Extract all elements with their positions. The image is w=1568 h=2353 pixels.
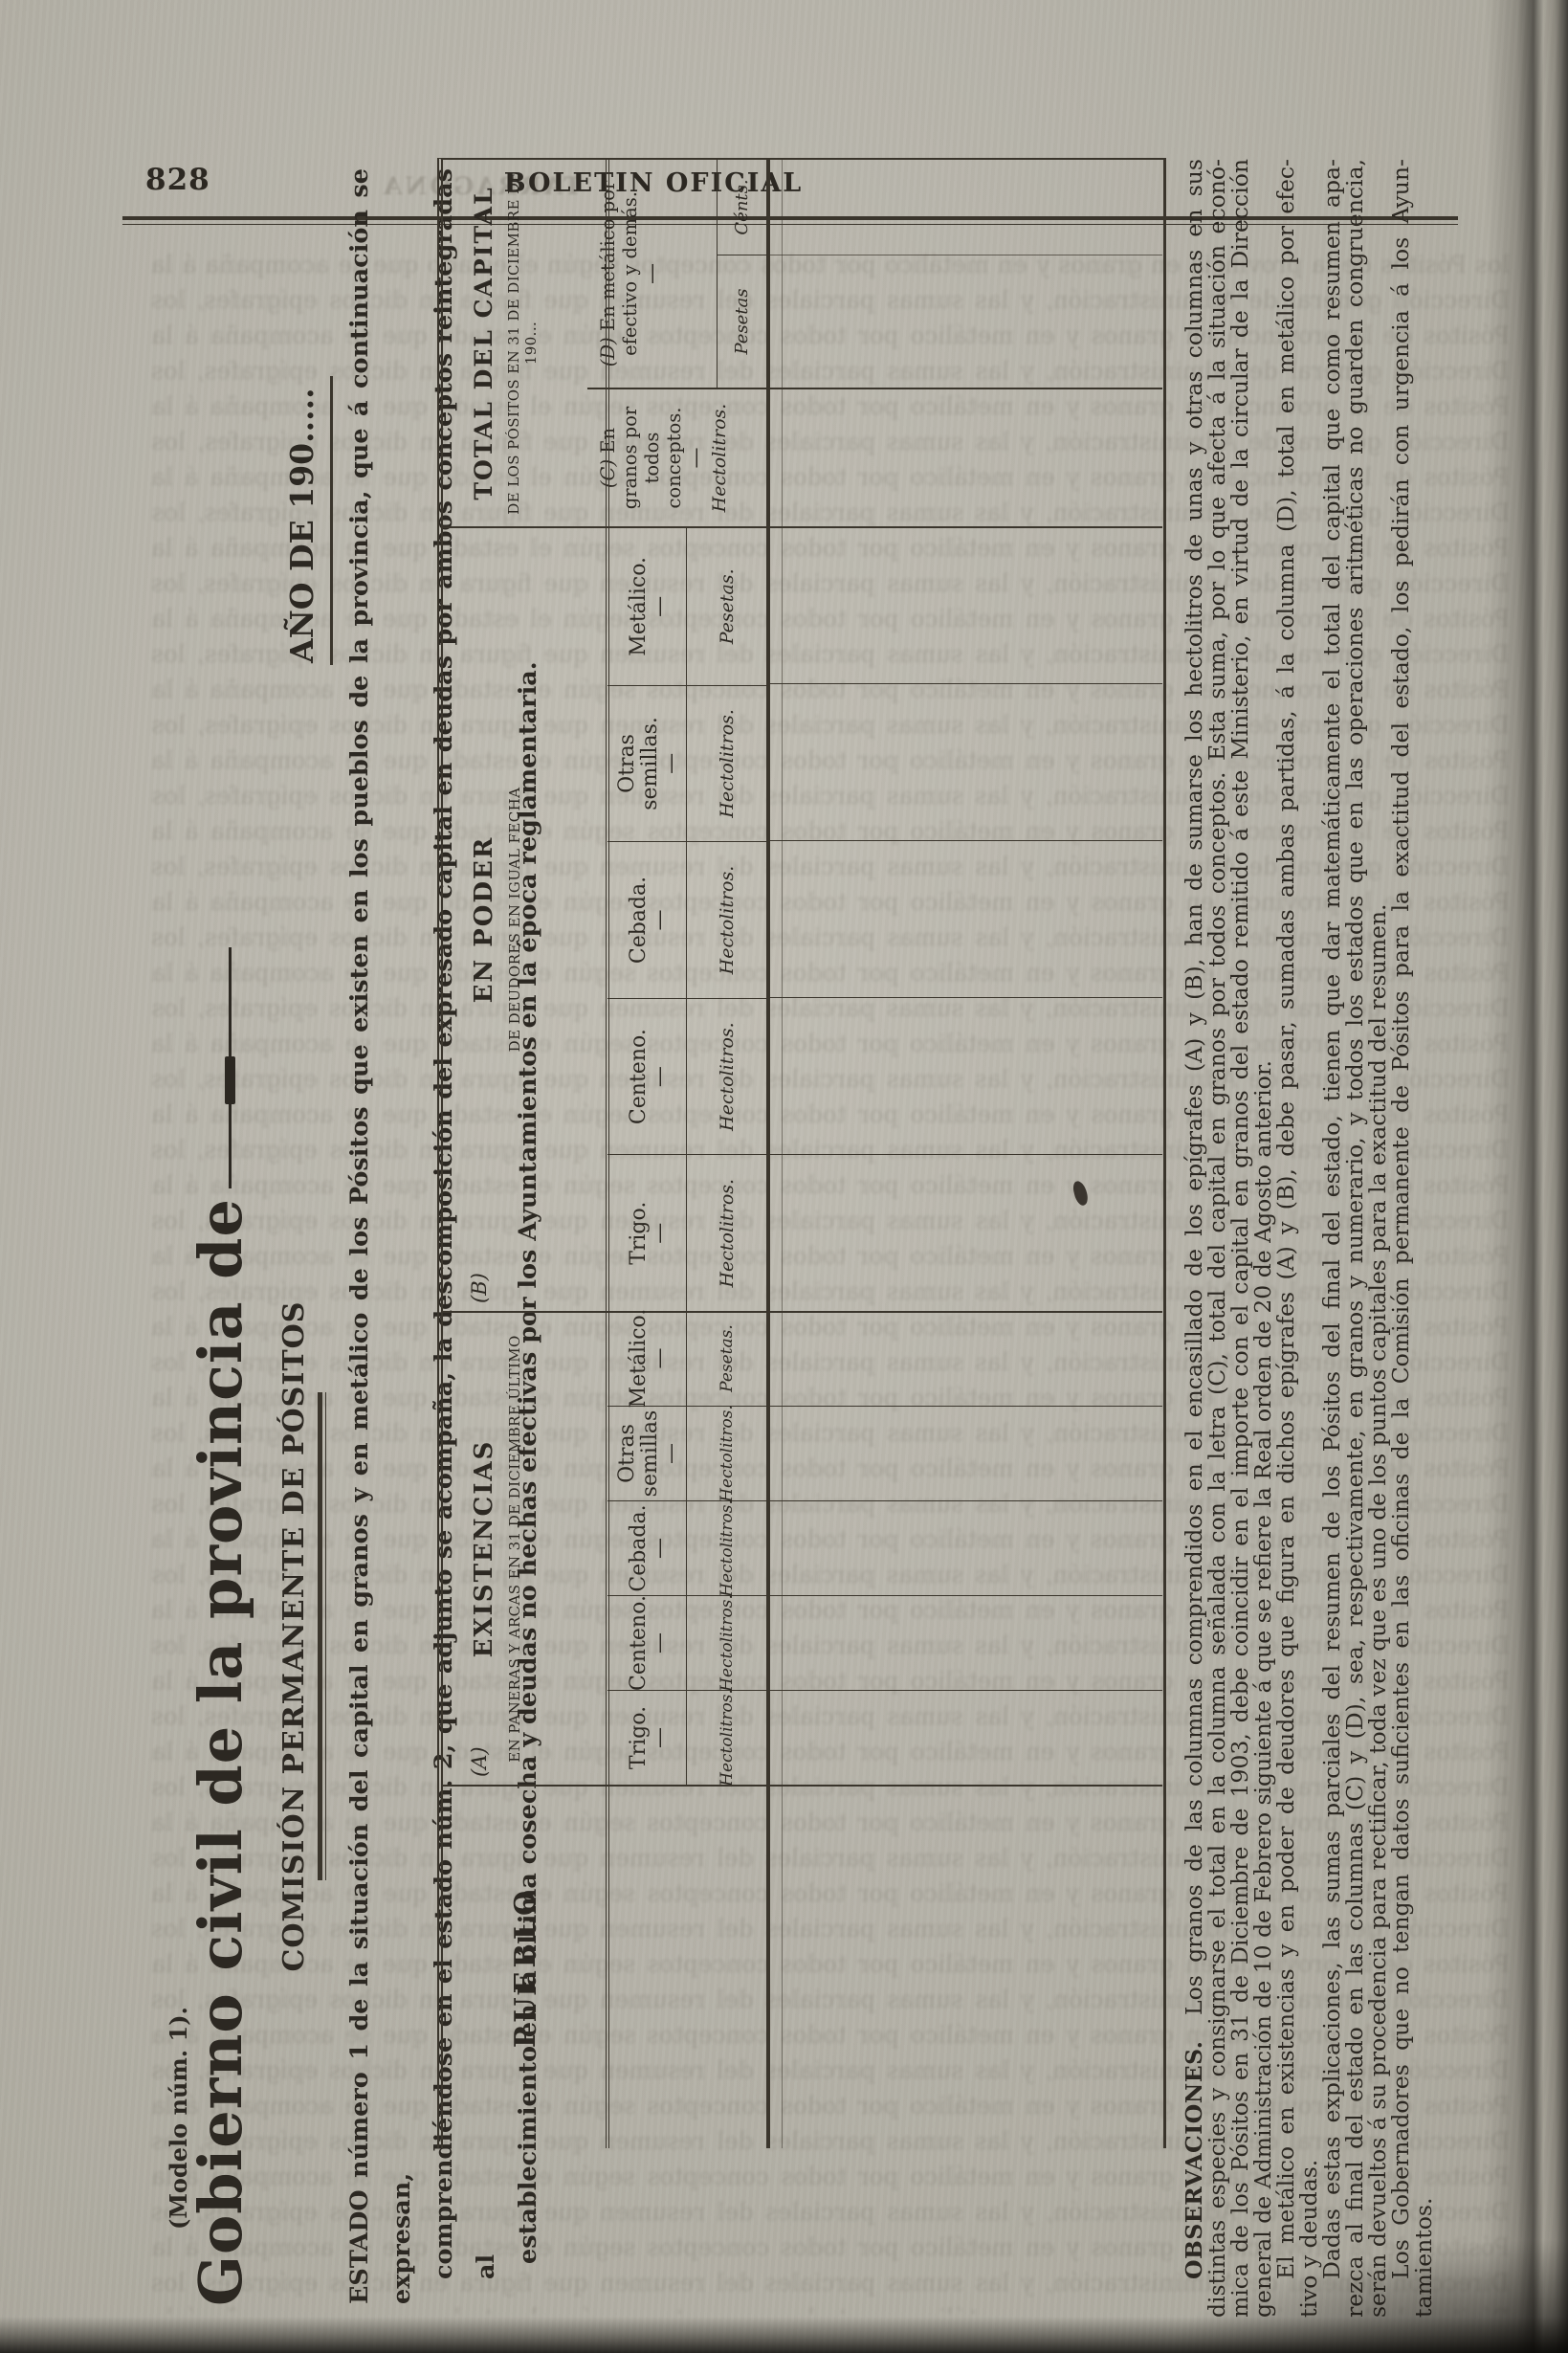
observations-line: general de Administración de 10 de Febre… — [1251, 159, 1274, 2318]
observations-line: distintas especies y consignarse el tota… — [1205, 159, 1228, 2318]
page-corner-shadow — [1166, 2238, 1568, 2353]
observations-block: OBSERVACIONES. Los granos de las columna… — [1182, 159, 1435, 2318]
table-body-cell — [770, 1690, 1162, 1785]
column-unit: Hectolitros. — [686, 686, 766, 842]
observations-line: tivo y deudas. — [1297, 159, 1320, 2318]
column-c-text: En granos por todos conceptos. — [597, 407, 685, 509]
column-d-label: (D) En metálico por efectivo y demás.— — [587, 160, 717, 388]
section-a-subtitle: EN PANERAS Y ARCAS EN 31 DE DICIEMBRE ÚL… — [506, 1313, 523, 1785]
column-metalico-b: Metálico.— Pesetas. — [607, 528, 766, 685]
dash: — — [654, 1632, 666, 1654]
page-fold-shadow — [1486, 0, 1568, 2353]
table-body-cell — [770, 526, 1162, 683]
observations-line: mica de los Pósitos en 31 de Diciembre d… — [1228, 159, 1251, 2318]
dash: — — [640, 263, 664, 284]
section-b-tag: (B) — [468, 1273, 491, 1303]
column-pueblo: PUEBLO — [443, 1785, 766, 2148]
column-c-label: (C) En granos por todos conceptos.— — [587, 389, 709, 526]
section-total-subtitle: DE LOS PÓSITOS EN 31 DE DICIEMBRE DE 190… — [505, 160, 540, 526]
column-d-text: En metálico por efectivo y demás. — [597, 181, 641, 356]
column-trigo-b: Trigo.— Hectolitros. — [607, 1154, 766, 1311]
table-body-cell — [770, 1595, 1162, 1690]
column-centeno-b: Centeno.— Hectolitros. — [607, 998, 766, 1155]
observations-line: rezca al final del estado en las columna… — [1343, 159, 1366, 2318]
subtitle-double-rule — [318, 1392, 326, 1880]
column-unit: Hectolitros. — [686, 842, 766, 998]
dash: — — [666, 1443, 677, 1464]
pesetas-cents-divider — [718, 255, 766, 255]
dash: — — [654, 596, 666, 617]
section-total-head: TOTAL DEL CAPITAL DE LOS PÓSITOS EN 31 D… — [443, 160, 587, 526]
section-total-columns: (C) En granos por todos conceptos.— Hect… — [587, 160, 766, 526]
table-body-cell — [770, 160, 1162, 388]
dash: — — [654, 1348, 666, 1369]
section-a-columns: Trigo.— Hectolitros. Centeno.— Hectolitr… — [607, 1313, 766, 1785]
section-b-subtitle: DE DEUDORES EN IGUAL FECHA — [506, 528, 523, 1311]
column-otras-semillas-a: Otras semillas— Hectolitros. — [607, 1406, 766, 1500]
table-body-cell — [770, 1311, 1162, 1406]
section-b-en-poder: (B) EN PODER DE DEUDORES EN IGUAL FECHA … — [443, 526, 766, 1311]
section-a-existencias: (A) EXISTENCIAS EN PANERAS Y ARCAS EN 31… — [443, 1311, 766, 1785]
section-b-head: (B) EN PODER DE DEUDORES EN IGUAL FECHA — [443, 528, 607, 1311]
intro-line: ESTADO número 1 de la situación del capi… — [339, 168, 423, 2304]
pueblo-header: PUEBLO — [443, 1787, 607, 2148]
column-c-granos: (C) En granos por todos conceptos.— Hect… — [587, 388, 766, 526]
column-unit: Hectolitros. — [686, 1407, 766, 1500]
table-header: PUEBLO (A) EXISTENCIAS EN PANERAS Y ARCA… — [443, 160, 770, 2148]
column-cebada-a: Cebada.— Hectolitros. — [607, 1500, 766, 1595]
column-name: Otras semillas — [616, 1409, 662, 1498]
form-title-text: Gobierno civil de la provincia de — [186, 1198, 255, 2306]
positos-table: PUEBLO (A) EXISTENCIAS EN PANERAS Y ARCA… — [437, 158, 1166, 2148]
dash: — — [654, 1223, 666, 1244]
table-body-empty — [770, 160, 1162, 2148]
section-b-title: EN PODER — [470, 528, 498, 1311]
column-unit: Pesetas. — [686, 1311, 766, 1406]
unit-cents: Cénts. — [718, 160, 766, 255]
column-cebada-b: Cebada.— Hectolitros. — [607, 841, 766, 998]
form-title: Gobierno civil de la provincia de — [186, 966, 255, 2306]
table-body-cell — [770, 997, 1162, 1154]
scanned-page: los Pósitos de la provincia en granos y … — [0, 0, 1568, 2353]
observations-line: Los Gobernadores que no tengan datos suf… — [1389, 159, 1412, 2318]
column-otras-semillas-b: Otras semillas.— Hectolitros. — [607, 685, 766, 842]
column-centeno-a: Centeno.— Hectolitros. — [607, 1595, 766, 1690]
section-a-title: EXISTENCIAS — [470, 1313, 498, 1785]
column-metalico-a: Metálico.— Pesetas. — [607, 1311, 766, 1406]
dash: — — [684, 448, 708, 469]
column-unit: Hectolitros. — [686, 999, 766, 1155]
column-c-tag: (C) — [597, 459, 619, 488]
rotated-form: (Modelo núm. 1). Gobierno civil de la pr… — [163, 153, 1502, 2325]
column-c-unit: Hectolitros. — [709, 389, 766, 526]
section-a-tag: (A) — [468, 1746, 491, 1777]
province-blank-line — [229, 947, 232, 1188]
column-d-units: Pesetas Cénts. — [717, 160, 766, 388]
dash: — — [654, 1727, 666, 1748]
column-d-metalico: (D) En metálico por efectivo y demás.— P… — [587, 160, 766, 388]
table-body-cell — [770, 388, 1162, 526]
observations-line: El metálico en existencias y en poder de… — [1274, 159, 1297, 2318]
observations-line: serán devueltos á su procedencia para re… — [1366, 159, 1389, 2318]
column-unit: Hectolitros. — [686, 1691, 766, 1785]
table-body-cell — [770, 1500, 1162, 1595]
observations-line: tamientos. — [1412, 159, 1435, 2318]
form-subtitle: COMISIÓN PERMANENTE DE PÓSITOS — [277, 966, 311, 2306]
section-total-title: TOTAL DEL CAPITAL — [470, 160, 497, 526]
dash: — — [666, 753, 677, 774]
section-b-columns: Trigo.— Hectolitros. Centeno.— Hectolitr… — [607, 528, 766, 1311]
observations-line: Dadas estas explicaciones, las sumas par… — [1320, 159, 1343, 2318]
unit-pesetas: Pesetas — [718, 255, 766, 388]
column-trigo-a: Trigo.— Hectolitros. — [607, 1690, 766, 1785]
dash: — — [654, 1538, 666, 1559]
table-body-cell — [770, 1785, 1162, 2148]
observations-line: OBSERVACIONES. Los granos de las columna… — [1182, 159, 1205, 2318]
table-body-cell — [770, 1154, 1162, 1311]
section-total: TOTAL DEL CAPITAL DE LOS PÓSITOS EN 31 D… — [443, 160, 766, 526]
table-body-cell — [770, 683, 1162, 840]
dash: — — [654, 910, 666, 931]
dash: — — [654, 1066, 666, 1087]
column-unit: Hectolitros. — [686, 1501, 766, 1595]
year-label: AÑO DE 190..... — [283, 376, 333, 665]
column-unit: Pesetas. — [686, 528, 766, 685]
table-body-cell — [770, 840, 1162, 997]
column-unit: Hectolitros. — [686, 1155, 766, 1311]
column-name: Otras semillas. — [616, 688, 662, 840]
table-body-cell — [770, 1406, 1162, 1500]
column-d-tag: (D) — [597, 337, 619, 366]
column-unit: Hectolitros. — [686, 1596, 766, 1690]
section-a-head: (A) EXISTENCIAS EN PANERAS Y ARCAS EN 31… — [443, 1313, 607, 1785]
